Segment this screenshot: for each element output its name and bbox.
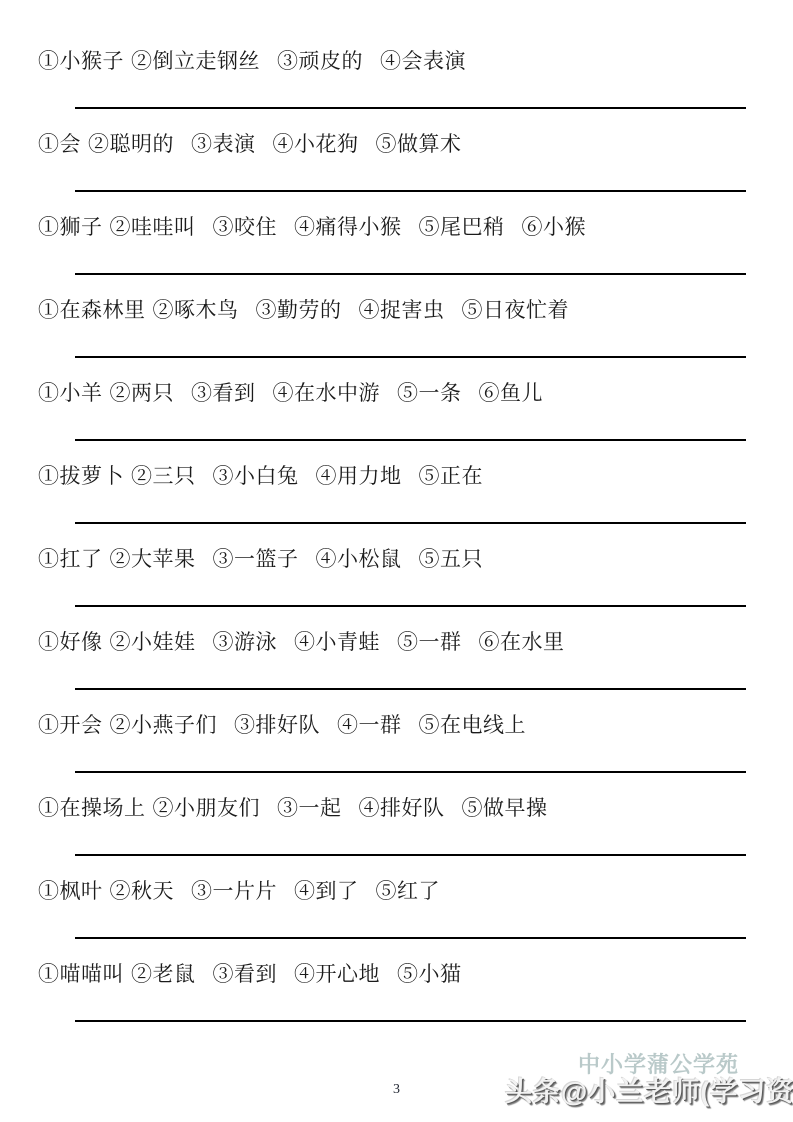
word-segment: ③看到 [213,962,278,986]
word-segment: ⑥在水里 [479,630,565,654]
word-segment: ①会 [38,132,81,156]
word-segment: ①枫叶 [38,879,103,903]
exercise-row: ①小羊②两只③看到④在水中游⑤一条⑥鱼儿 [0,381,793,464]
word-segment: ⑤在电线上 [419,713,527,737]
word-segment: ⑤做早操 [462,796,548,820]
word-segment: ⑥鱼儿 [479,381,544,405]
word-segment: ②秋天 [110,879,175,903]
word-segment: ⑤红了 [376,879,441,903]
word-segments: ①拔萝卜②三只③小白兔④用力地⑤正在 [38,464,483,488]
word-segment: ④小花狗 [273,132,359,156]
answer-line [75,605,746,607]
exercise-row: ①在操场上②小朋友们③一起④排好队⑤做早操 [0,796,793,879]
word-segment: ④开心地 [294,962,380,986]
word-segment: ③排好队 [234,713,320,737]
word-segment: ④到了 [294,879,359,903]
word-segments: ①小猴子②倒立走钢丝③顽皮的④会表演 [38,49,466,73]
word-segment: ③游泳 [213,630,278,654]
word-segments: ①会②聪明的③表演④小花狗⑤做算术 [38,132,462,156]
word-segment: ③看到 [191,381,256,405]
word-segment: ①开会 [38,713,103,737]
word-segments: ①狮子②哇哇叫③咬住④痛得小猴⑤尾巴稍⑥小猴 [38,215,586,239]
word-segment: ⑤一群 [397,630,462,654]
answer-line [75,688,746,690]
exercise-row: ①拔萝卜②三只③小白兔④用力地⑤正在 [0,464,793,547]
word-segment: ④痛得小猴 [294,215,402,239]
word-segment: ⑤做算术 [376,132,462,156]
exercise-rows: ①小猴子②倒立走钢丝③顽皮的④会表演①会②聪明的③表演④小花狗⑤做算术①狮子②哇… [0,0,793,1045]
exercise-row: ①小猴子②倒立走钢丝③顽皮的④会表演 [0,49,793,132]
answer-line [75,273,746,275]
word-segments: ①枫叶②秋天③一片片④到了⑤红了 [38,879,440,903]
word-segment: ③一片片 [191,879,277,903]
answer-line [75,854,746,856]
word-segment: ②倒立走钢丝 [131,49,260,73]
word-segment: ③小白兔 [213,464,299,488]
word-segment: ③一篮子 [213,547,299,571]
exercise-row: ①在森林里②啄木鸟③勤劳的④捉害虫⑤日夜忙着 [0,298,793,381]
word-segment: ①拔萝卜 [38,464,124,488]
word-segment: ①小羊 [38,381,103,405]
word-segment: ③咬住 [213,215,278,239]
word-segment: ①在操场上 [38,796,146,820]
word-segment: ⑤五只 [419,547,484,571]
answer-line [75,190,746,192]
word-segments: ①小羊②两只③看到④在水中游⑤一条⑥鱼儿 [38,381,543,405]
word-segment: ②老鼠 [131,962,196,986]
word-segment: ①小猴子 [38,49,124,73]
word-segments: ①开会②小燕子们③排好队④一群⑤在电线上 [38,713,526,737]
word-segment: ②大苹果 [110,547,196,571]
word-segment: ⑤小猫 [397,962,462,986]
word-segment: ①好像 [38,630,103,654]
word-segment: ⑤尾巴稍 [419,215,505,239]
word-segment: ③勤劳的 [256,298,342,322]
answer-line [75,771,746,773]
answer-line [75,439,746,441]
word-segment: ②三只 [131,464,196,488]
exercise-row: ①开会②小燕子们③排好队④一群⑤在电线上 [0,713,793,796]
word-segment: ②啄木鸟 [153,298,239,322]
word-segment: ④排好队 [359,796,445,820]
exercise-row: ①枫叶②秋天③一片片④到了⑤红了 [0,879,793,962]
word-segment: ④小青蛙 [294,630,380,654]
word-segment: ③表演 [191,132,256,156]
word-segments: ①喵喵叫②老鼠③看到④开心地⑤小猫 [38,962,462,986]
answer-line [75,356,746,358]
word-segment: ②两只 [110,381,175,405]
word-segment: ⑤日夜忙着 [462,298,570,322]
answer-line [75,522,746,524]
answer-line [75,1020,746,1022]
word-segment: ②小燕子们 [110,713,218,737]
word-segment: ②小娃娃 [110,630,196,654]
word-segment: ②小朋友们 [153,796,261,820]
word-segment: ⑤一条 [397,381,462,405]
exercise-row: ①好像②小娃娃③游泳④小青蛙⑤一群⑥在水里 [0,630,793,713]
answer-line [75,107,746,109]
word-segment: ③顽皮的 [277,49,363,73]
word-segment: ⑤正在 [419,464,484,488]
word-segment: ⑥小猴 [522,215,587,239]
exercise-row: ①扛了②大苹果③一篮子④小松鼠⑤五只 [0,547,793,630]
word-segment: ④在水中游 [273,381,381,405]
word-segment: ①扛了 [38,547,103,571]
word-segments: ①扛了②大苹果③一篮子④小松鼠⑤五只 [38,547,483,571]
exercise-row: ①狮子②哇哇叫③咬住④痛得小猴⑤尾巴稍⑥小猴 [0,215,793,298]
exercise-row: ①喵喵叫②老鼠③看到④开心地⑤小猫 [0,962,793,1045]
word-segment: ①在森林里 [38,298,146,322]
word-segment: ④一群 [337,713,402,737]
word-segment: ①狮子 [38,215,103,239]
answer-line [75,937,746,939]
word-segments: ①好像②小娃娃③游泳④小青蛙⑤一群⑥在水里 [38,630,565,654]
exercise-row: ①会②聪明的③表演④小花狗⑤做算术 [0,132,793,215]
word-segment: ④会表演 [380,49,466,73]
word-segment: ④捉害虫 [359,298,445,322]
word-segments: ①在森林里②啄木鸟③勤劳的④捉害虫⑤日夜忙着 [38,298,569,322]
word-segment: ④小松鼠 [316,547,402,571]
word-segment: ②聪明的 [88,132,174,156]
watermark: 头条@小兰老师(学习资料) [505,1070,793,1109]
word-segments: ①在操场上②小朋友们③一起④排好队⑤做早操 [38,796,548,820]
word-segment: ③一起 [277,796,342,820]
word-segment: ①喵喵叫 [38,962,124,986]
word-segment: ②哇哇叫 [110,215,196,239]
word-segment: ④用力地 [316,464,402,488]
worksheet-page: ①小猴子②倒立走钢丝③顽皮的④会表演①会②聪明的③表演④小花狗⑤做算术①狮子②哇… [0,0,793,1122]
